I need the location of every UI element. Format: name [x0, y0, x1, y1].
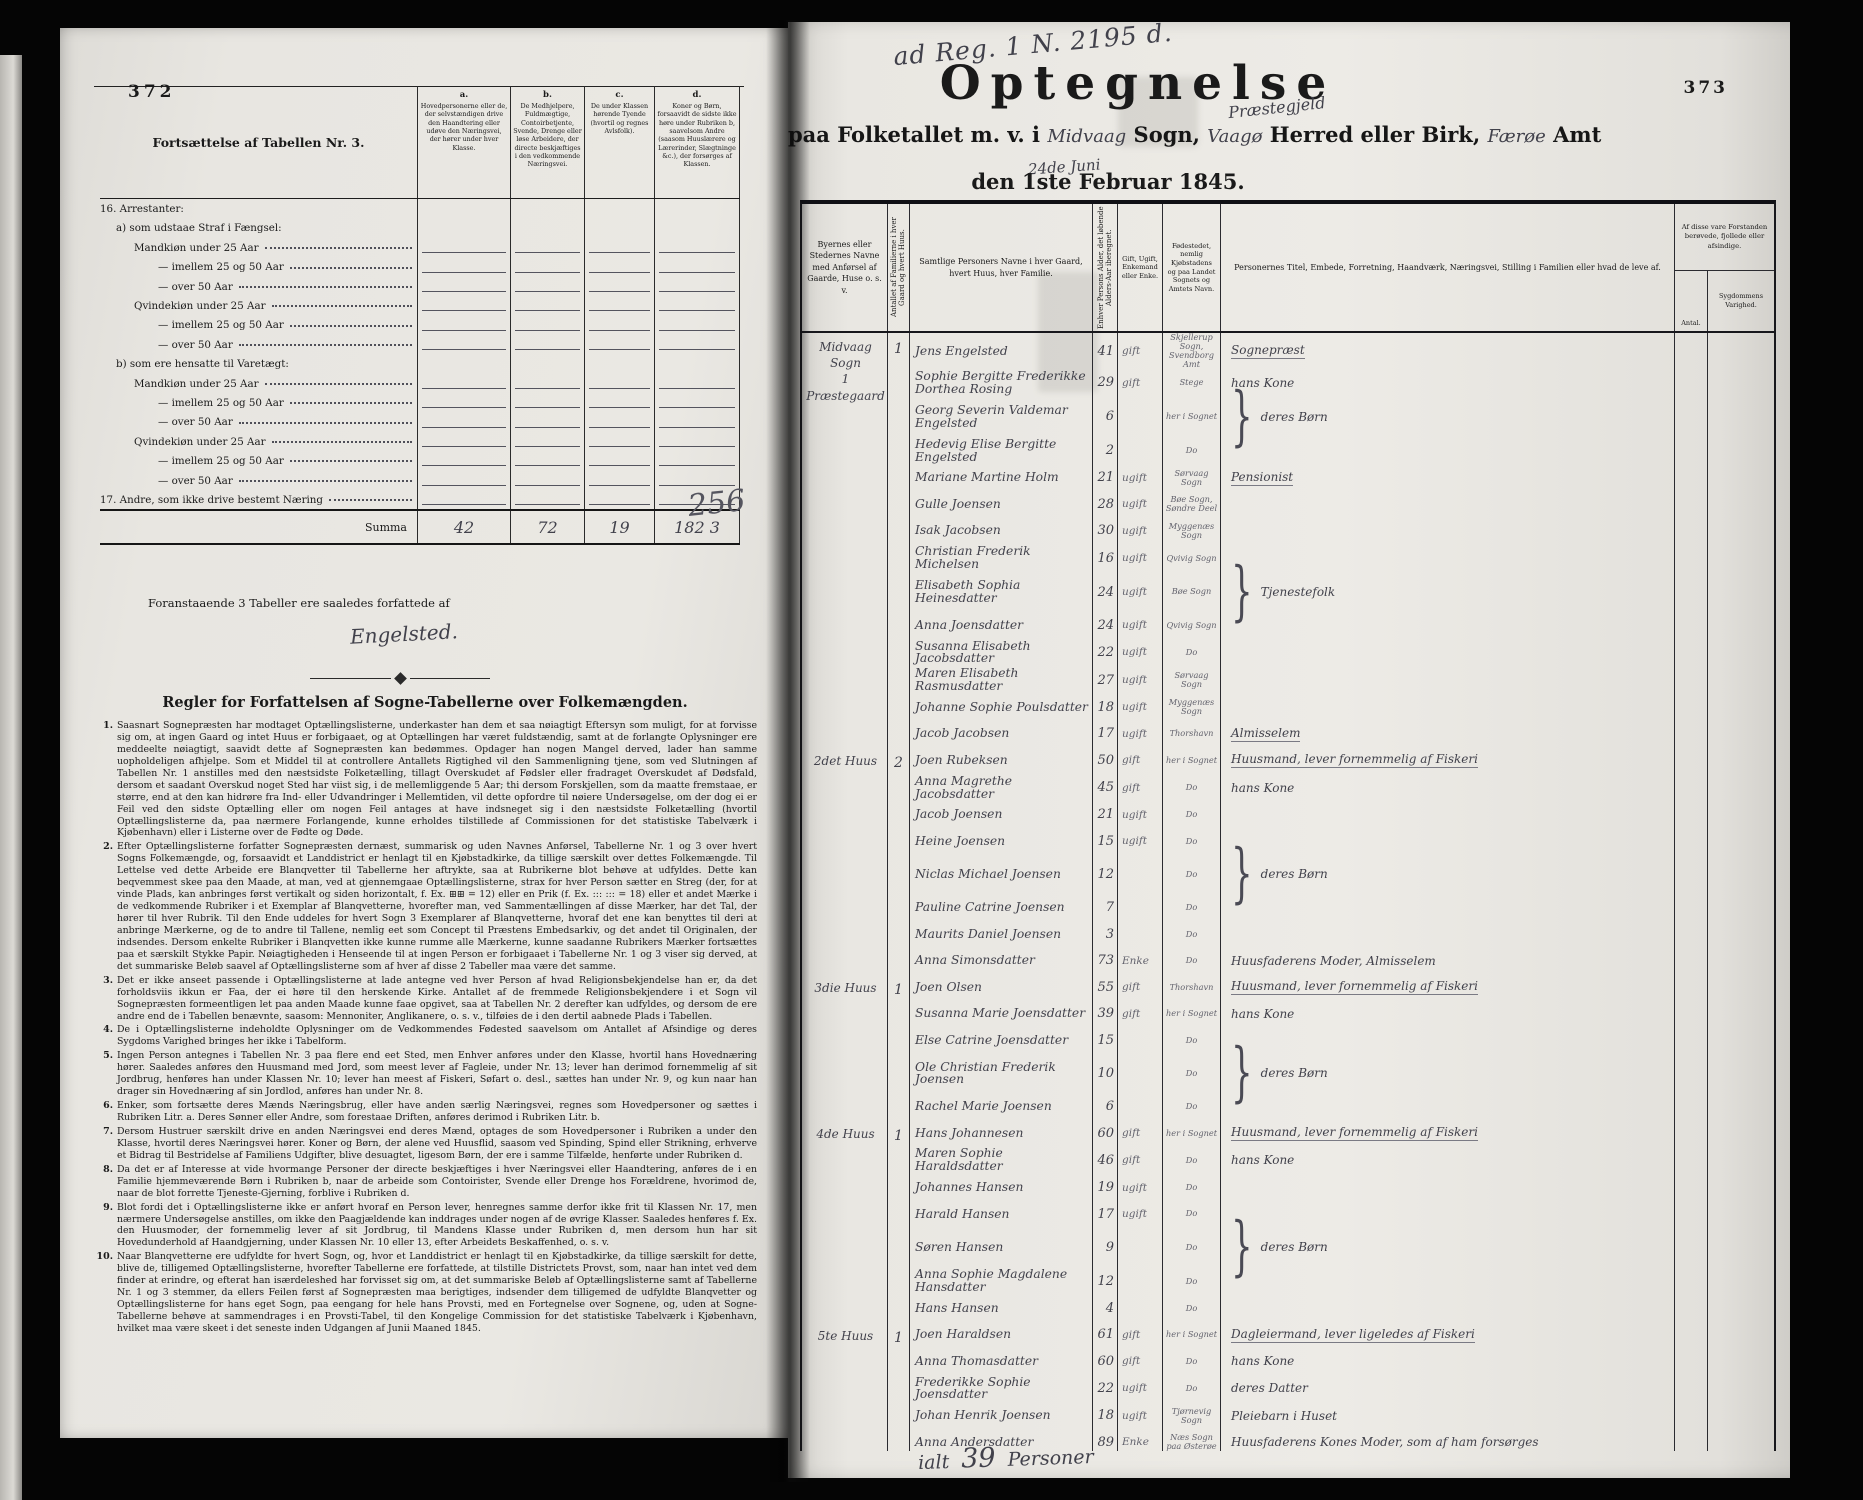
person-occupation: Sognepræst — [1220, 333, 1674, 369]
group-brace: } — [1231, 379, 1253, 455]
census-row: Mariane Martine Holm21ugiftSørvaag SognP… — [909, 465, 1774, 492]
cell-rule-line — [659, 427, 735, 428]
cell-rule-line — [422, 388, 506, 389]
person-occupation — [1220, 1267, 1674, 1295]
table-row-label: — over 50 Aar — [100, 340, 417, 354]
census-table-body: Midvaag Sogn1 Præstegaard1Jens Engelsted… — [802, 333, 1774, 1451]
person-occupation — [1220, 612, 1674, 639]
cell-rule-line — [589, 330, 650, 331]
cell-rule-line — [515, 504, 580, 505]
person-birthplace: Skjellerup Sogn, Svendborg Amt — [1162, 333, 1220, 369]
dotted-leader — [265, 247, 412, 249]
place-line: 2det Huus — [806, 753, 885, 769]
row-label-text: — over 50 Aar — [158, 417, 233, 428]
table-cell — [510, 218, 584, 237]
person-birthplace: Do — [1162, 828, 1220, 855]
person-name: Jacob Joensen — [909, 801, 1092, 828]
person-age: 3 — [1092, 921, 1117, 948]
row-label-text: — imellem 25 og 50 Aar — [158, 398, 284, 409]
census-row: Hedevig Elise Bergitte Engelsted2Do — [909, 437, 1774, 465]
person-status: gift — [1117, 1120, 1162, 1147]
person-birthplace: Do — [1162, 1027, 1220, 1054]
census-row: Hans Johannesen60gifther i SognetHuusman… — [909, 1120, 1774, 1147]
census-row: Jacob Joensen21ugiftDo — [909, 801, 1774, 828]
family-count: 2 — [887, 747, 909, 974]
person-age: 21 — [1092, 465, 1117, 492]
table-cell — [584, 432, 654, 451]
column-header-text: Koner og Børn, forsaavidt de sidste ikke… — [657, 102, 737, 169]
table-cell — [584, 257, 654, 276]
household-group: 4de Huus1Hans Johannesen60gifther i Sogn… — [802, 1120, 1774, 1322]
insane-duration-cell — [1707, 1375, 1774, 1403]
person-age: 39 — [1092, 1000, 1117, 1027]
insane-duration-cell — [1707, 1322, 1774, 1349]
census-row: Georg Severin Valdemar Engelsted6her i S… — [909, 397, 1774, 437]
census-row: Rachel Marie Joensen6Do — [909, 1093, 1774, 1120]
person-age: 61 — [1092, 1322, 1117, 1349]
rule-text: Ingen Person antegnes i Tabellen Nr. 3 p… — [117, 1050, 757, 1098]
subtitle-herred: Herred eller Birk, — [1270, 122, 1480, 147]
insane-duration-cell — [1707, 369, 1774, 397]
person-occupation: hans Kone — [1220, 1146, 1674, 1174]
table-cell — [584, 335, 654, 354]
rule-number: 2. — [95, 841, 117, 972]
person-status: ugift — [1117, 1375, 1162, 1403]
place-line: 4de Huus — [806, 1126, 885, 1142]
census-row: Johannes Hansen19ugiftDo — [909, 1174, 1774, 1201]
table-row-label: b) som ere hensatte til Varetægt: — [100, 359, 417, 373]
row-label-text: — imellem 25 og 50 Aar — [158, 320, 284, 331]
person-occupation: Dagleiermand, lever ligeledes af Fiskeri — [1220, 1322, 1674, 1349]
census-row: Gulle Joensen28ugiftBøe Sogn, Søndre Dee… — [909, 491, 1774, 518]
summa-value: 19 — [584, 511, 654, 543]
occupation-text: deres Børn — [1261, 1240, 1328, 1254]
row-label-text: 16. Arrestanter: — [100, 204, 184, 215]
rule-number: 7. — [95, 1126, 117, 1162]
person-birthplace: Do — [1162, 947, 1220, 974]
family-count: 1 — [887, 1322, 909, 1451]
census-row: Joen Rubeksen50gifther i SognetHuusmand,… — [909, 747, 1774, 774]
person-name: Anna Simonsdatter — [909, 947, 1092, 974]
family-count: 1 — [887, 1120, 909, 1322]
rule-number: 6. — [95, 1100, 117, 1124]
rule-number: 8. — [95, 1164, 117, 1200]
household-place: 4de Huus — [802, 1120, 887, 1322]
person-status: gift — [1117, 333, 1162, 369]
table-cell — [584, 277, 654, 296]
person-occupation: hans Kone — [1220, 369, 1674, 397]
household-members: Joen Rubeksen50gifther i SognetHuusmand,… — [909, 747, 1774, 974]
person-name: Hedevig Elise Bergitte Engelsted — [909, 437, 1092, 465]
occupation-text: Sognepræst — [1231, 343, 1305, 359]
person-status: ugift — [1117, 639, 1162, 667]
table-row-label: Qvindekiøn under 25 Aar — [100, 301, 417, 315]
page-number-right: 373 — [1684, 78, 1729, 98]
subtitle-amt: Amt — [1553, 122, 1601, 147]
row-label-text: — imellem 25 og 50 Aar — [158, 456, 284, 467]
header-insane-count: Antal. — [1675, 271, 1708, 331]
person-status: ugift — [1117, 518, 1162, 545]
person-birthplace: Thorshavn — [1162, 974, 1220, 1001]
census-table-header: Byernes eller Stedernes Navne med Anførs… — [802, 204, 1774, 333]
rule-number: 5. — [95, 1050, 117, 1098]
insane-duration-cell — [1707, 1027, 1774, 1054]
person-name: Joen Olsen — [909, 974, 1092, 1001]
person-birthplace: Do — [1162, 801, 1220, 828]
insane-count-cell — [1674, 894, 1707, 921]
person-status — [1117, 1093, 1162, 1120]
table-cell — [510, 238, 584, 257]
cell-rule-line — [515, 407, 580, 408]
table-cell — [654, 335, 740, 354]
insane-count-cell — [1674, 694, 1707, 721]
person-status: Enke — [1117, 1429, 1162, 1451]
insane-count-cell — [1674, 1429, 1707, 1451]
table-cell — [584, 393, 654, 412]
table-row: Mandkiøn under 25 Aar — [100, 238, 740, 257]
cell-rule-line — [515, 291, 580, 292]
cell-rule-line — [589, 446, 650, 447]
row-label-text: — over 50 Aar — [158, 340, 233, 351]
cell-rule-line — [659, 272, 735, 273]
rule-text: De i Optællingslisterne indeholdte Oplys… — [117, 1024, 757, 1048]
person-birthplace: Qvivig Sogn — [1162, 612, 1220, 639]
table-row: — imellem 25 og 50 Aar — [100, 451, 740, 470]
rule-number: 3. — [95, 975, 117, 1023]
rule-item: 3.Det er ikke anseet passende i Optællin… — [95, 975, 757, 1023]
census-row: Anna Magrethe Jacobsdatter45giftDohans K… — [909, 774, 1774, 802]
person-occupation — [1220, 1174, 1674, 1201]
person-age: 10 — [1092, 1053, 1117, 1093]
cell-rule-line — [659, 330, 735, 331]
insane-duration-cell — [1707, 828, 1774, 855]
person-age: 55 — [1092, 974, 1117, 1001]
person-age: 17 — [1092, 1201, 1117, 1228]
household-place: 3die Huus — [802, 974, 887, 1120]
person-age: 27 — [1092, 666, 1117, 694]
insane-duration-cell — [1707, 747, 1774, 774]
insane-duration-cell — [1707, 1267, 1774, 1295]
person-name: Rachel Marie Joensen — [909, 1093, 1092, 1120]
person-occupation — [1220, 801, 1674, 828]
person-birthplace: Do — [1162, 437, 1220, 465]
insane-duration-cell — [1707, 639, 1774, 667]
person-birthplace: Do — [1162, 1174, 1220, 1201]
person-name: Heine Joensen — [909, 828, 1092, 855]
person-status: gift — [1117, 774, 1162, 802]
statistics-table-header: Fortsættelse af Tabellen Nr. 3. a. Hoved… — [100, 86, 740, 199]
census-row: Johan Henrik Joensen18ugiftTjørnevig Sog… — [909, 1402, 1774, 1429]
person-occupation: }Tjenestefolk — [1220, 572, 1674, 612]
insane-count-cell — [1674, 721, 1707, 748]
household-group: 5te Huus1Joen Haraldsen61gifther i Sogne… — [802, 1322, 1774, 1451]
census-row: Anna Simonsdatter73EnkeDoHuusfaderens Mo… — [909, 947, 1774, 974]
person-status — [1117, 921, 1162, 948]
person-birthplace: her i Sognet — [1162, 747, 1220, 774]
table-cell — [417, 451, 510, 470]
census-row: Ole Christian Frederik Joensen10Do}deres… — [909, 1053, 1774, 1093]
handwritten-folio-number: 256 — [686, 483, 747, 524]
person-status: ugift — [1117, 1201, 1162, 1228]
place-line: 5te Huus — [806, 1328, 885, 1344]
insane-count-cell — [1674, 1322, 1707, 1349]
person-birthplace: Bøe Sogn, Søndre Deel — [1162, 491, 1220, 518]
table-caption: Fortsættelse af Tabellen Nr. 3. — [123, 135, 395, 150]
insane-count-cell — [1674, 437, 1707, 465]
person-occupation: hans Kone — [1220, 774, 1674, 802]
person-birthplace: Do — [1162, 639, 1220, 667]
person-birthplace: Do — [1162, 1146, 1220, 1174]
person-age: 6 — [1092, 397, 1117, 437]
insane-duration-cell — [1707, 666, 1774, 694]
table-cell — [510, 199, 584, 218]
insane-duration-cell — [1707, 572, 1774, 612]
household-members: Joen Olsen55giftThorshavnHuusmand, lever… — [909, 974, 1774, 1120]
table-cell — [654, 451, 740, 470]
insane-count-cell — [1674, 1348, 1707, 1375]
person-name: Hans Johannesen — [909, 1120, 1092, 1147]
cell-rule-line — [659, 349, 735, 350]
person-age: 2 — [1092, 437, 1117, 465]
person-status — [1117, 437, 1162, 465]
person-birthplace: Do — [1162, 1375, 1220, 1403]
table-cell — [584, 199, 654, 218]
person-status — [1117, 1053, 1162, 1093]
insane-count-cell — [1674, 828, 1707, 855]
household-group: 2det Huus2Joen Rubeksen50gifther i Sogne… — [802, 747, 1774, 974]
total-suffix: Personer — [1007, 1446, 1094, 1471]
summa-label: Summa — [100, 521, 417, 534]
census-row: Hans Hansen4Do — [909, 1295, 1774, 1322]
cell-rule-line — [589, 504, 650, 505]
person-birthplace: Do — [1162, 921, 1220, 948]
table-cell — [417, 238, 510, 257]
table-row: 16. Arrestanter: — [100, 199, 740, 218]
table-row-label: Mandkiøn under 25 Aar — [100, 379, 417, 393]
cell-rule-line — [659, 291, 735, 292]
insane-count-cell — [1674, 1174, 1707, 1201]
person-age: 16 — [1092, 544, 1117, 572]
table-cell — [417, 432, 510, 451]
table-cell — [510, 393, 584, 412]
census-row: Maurits Daniel Joensen3Do — [909, 921, 1774, 948]
cell-rule-line — [515, 310, 580, 311]
census-row: Pauline Catrine Joensen7Do — [909, 894, 1774, 921]
person-age: 60 — [1092, 1348, 1117, 1375]
person-birthplace: Tjørnevig Sogn — [1162, 1402, 1220, 1429]
person-age: 15 — [1092, 828, 1117, 855]
document-title: Optegnelse — [848, 56, 1428, 111]
printer-ornament — [310, 674, 490, 683]
rule-number: 1. — [95, 720, 117, 839]
table-cell — [510, 335, 584, 354]
person-occupation — [1220, 437, 1674, 465]
person-birthplace: Do — [1162, 1093, 1220, 1120]
person-name: Harald Hansen — [909, 1201, 1092, 1228]
insane-count-cell — [1674, 491, 1707, 518]
person-birthplace: Do — [1162, 894, 1220, 921]
insane-duration-cell — [1707, 947, 1774, 974]
cell-rule-line — [589, 407, 650, 408]
insane-count-cell — [1674, 1267, 1707, 1295]
insane-duration-cell — [1707, 465, 1774, 492]
person-birthplace: Do — [1162, 1227, 1220, 1267]
column-letter: d. — [657, 90, 737, 101]
person-birthplace: Sørvaag Sogn — [1162, 666, 1220, 694]
household-group: Midvaag Sogn1 Præstegaard1Jens Engelsted… — [802, 333, 1774, 747]
person-occupation — [1220, 639, 1674, 667]
table-cell — [417, 393, 510, 412]
person-name: Jens Engelsted — [909, 333, 1092, 369]
insane-duration-cell — [1707, 1146, 1774, 1174]
person-age: 24 — [1092, 612, 1117, 639]
person-age: 89 — [1092, 1429, 1117, 1451]
cell-rule-line — [422, 407, 506, 408]
person-birthplace: Myggenæs Sogn — [1162, 518, 1220, 545]
table-row-label: — imellem 25 og 50 Aar — [100, 320, 417, 334]
table-cell — [510, 277, 584, 296]
table-row: — over 50 Aar — [100, 470, 740, 489]
table-cell — [417, 296, 510, 315]
census-row: Maren Elisabeth Rasmusdatter27ugiftSørva… — [909, 666, 1774, 694]
table-cell — [417, 490, 510, 509]
person-occupation — [1220, 1201, 1674, 1228]
person-status: ugift — [1117, 666, 1162, 694]
insane-count-cell — [1674, 1120, 1707, 1147]
person-occupation: }deres Børn — [1220, 397, 1674, 437]
dotted-leader — [239, 422, 412, 424]
header-birthplace: Fødestedet, nemlig Kjøbstadens og paa La… — [1162, 204, 1220, 331]
table-cell — [654, 432, 740, 451]
person-name: Susanna Elisabeth Jacobsdatter — [909, 639, 1092, 667]
insane-count-cell — [1674, 1227, 1707, 1267]
occupation-text: hans Kone — [1231, 1354, 1294, 1368]
insane-duration-cell — [1707, 1227, 1774, 1267]
person-status — [1117, 1027, 1162, 1054]
table-cell — [654, 393, 740, 412]
person-status: ugift — [1117, 465, 1162, 492]
document-date-line: den 1ste Februar 1845. — [788, 169, 1428, 194]
person-status: ugift — [1117, 694, 1162, 721]
occupation-text: Dagleiermand, lever ligeledes af Fiskeri — [1231, 1327, 1475, 1343]
person-name: Johanne Sophie Poulsdatter — [909, 694, 1092, 721]
insane-count-cell — [1674, 1093, 1707, 1120]
person-occupation — [1220, 544, 1674, 572]
vertical-header-text: Enhver Persons Alder, det løbende Alders… — [1097, 206, 1113, 329]
person-occupation: Huusmand, lever fornemmelig af Fiskeri — [1220, 974, 1674, 1001]
cell-rule-line — [422, 330, 506, 331]
column-header-a: a. Hovedpersonerne eller de, der selvstæ… — [417, 86, 510, 198]
census-row: Joen Haraldsen61gifther i SognetDagleier… — [909, 1322, 1774, 1349]
table-row: — over 50 Aar — [100, 335, 740, 354]
place-line: Midvaag Sogn — [806, 339, 885, 371]
person-name: Søren Hansen — [909, 1227, 1092, 1267]
census-row: Frederikke Sophie Joensdatter22ugiftDode… — [909, 1375, 1774, 1403]
person-status: gift — [1117, 1348, 1162, 1375]
person-occupation: deres Datter — [1220, 1375, 1674, 1403]
person-occupation — [1220, 1093, 1674, 1120]
person-occupation — [1220, 694, 1674, 721]
rule-text: Dersom Hustruer særskilt drive en anden … — [117, 1126, 757, 1162]
person-name: Susanna Marie Joensdatter — [909, 1000, 1092, 1027]
person-name: Joen Rubeksen — [909, 747, 1092, 774]
insane-duration-cell — [1707, 801, 1774, 828]
place-line: 3die Huus — [806, 980, 885, 996]
cell-rule-line — [515, 388, 580, 389]
table-cell — [510, 296, 584, 315]
table-cell — [417, 354, 510, 373]
occupation-text: Huusmand, lever fornemmelig af Fiskeri — [1231, 752, 1478, 768]
person-birthplace: Do — [1162, 774, 1220, 802]
table-cell — [654, 199, 740, 218]
occupation-text: Huusmand, lever fornemmelig af Fiskeri — [1231, 1125, 1478, 1141]
row-label-text: Qvindekiøn under 25 Aar — [134, 301, 266, 312]
dotted-leader — [239, 344, 412, 346]
rule-text: Det er ikke anseet passende i Optællings… — [117, 975, 757, 1023]
person-status: ugift — [1117, 1402, 1162, 1429]
header-names: Samtlige Personers Navne i hver Gaard, h… — [909, 204, 1092, 331]
household-members: Jens Engelsted41giftSkjellerup Sogn, Sve… — [909, 333, 1774, 747]
table-cell — [654, 277, 740, 296]
subtitle-sogn: Sogn, — [1134, 122, 1200, 147]
row-label-text: Mandkiøn under 25 Aar — [134, 379, 259, 390]
table-cell — [654, 257, 740, 276]
cell-rule-line — [589, 349, 650, 350]
table-cell — [417, 412, 510, 431]
table-row: — over 50 Aar — [100, 412, 740, 431]
person-status: ugift — [1117, 572, 1162, 612]
table-row-label: — imellem 25 og 50 Aar — [100, 398, 417, 412]
cell-rule-line — [515, 272, 580, 273]
insane-duration-cell — [1707, 894, 1774, 921]
vertical-header-text: Antallet af Familierne i hver Gaard og h… — [890, 206, 906, 329]
insane-duration-cell — [1707, 1402, 1774, 1429]
occupation-text: deres Børn — [1261, 867, 1328, 881]
table-cell — [510, 315, 584, 334]
person-name: Mariane Martine Holm — [909, 465, 1092, 492]
insane-duration-cell — [1707, 544, 1774, 572]
occupation-text: deres Datter — [1231, 1381, 1308, 1395]
person-birthplace: Myggenæs Sogn — [1162, 694, 1220, 721]
rule-text: Da det er af Interesse at vide hvormange… — [117, 1164, 757, 1200]
dotted-leader — [272, 305, 412, 307]
row-label-text: Mandkiøn under 25 Aar — [134, 243, 259, 254]
dotted-leader — [329, 499, 412, 501]
table-cell — [417, 335, 510, 354]
census-row: Anna Thomasdatter60giftDohans Kone — [909, 1348, 1774, 1375]
person-occupation: Pensionist — [1220, 465, 1674, 492]
table-row: — over 50 Aar — [100, 277, 740, 296]
table-cell — [584, 412, 654, 431]
row-label-text: b) som ere hensatte til Varetægt: — [116, 359, 289, 370]
cell-rule-line — [422, 485, 506, 486]
cell-rule-line — [659, 446, 735, 447]
header-family-count: Antallet af Familierne i hver Gaard og h… — [887, 204, 909, 331]
rule-item: 5.Ingen Person antegnes i Tabellen Nr. 3… — [95, 1050, 757, 1098]
person-status: gift — [1117, 1322, 1162, 1349]
person-status — [1117, 854, 1162, 894]
person-name: Pauline Catrine Joensen — [909, 894, 1092, 921]
person-occupation — [1220, 828, 1674, 855]
person-status: ugift — [1117, 721, 1162, 748]
person-occupation: Huusfaderens Moder, Almisselem — [1220, 947, 1674, 974]
ornament-diamond — [394, 672, 407, 685]
handwritten-district-name: Vaagø — [1207, 126, 1262, 147]
cell-rule-line — [422, 446, 506, 447]
person-birthplace: Næs Sogn paa Østerøe — [1162, 1429, 1220, 1451]
census-row: Isak Jacobsen30ugiftMyggenæs Sogn — [909, 518, 1774, 545]
header-age: Enhver Persons Alder, det løbende Alders… — [1092, 204, 1117, 331]
